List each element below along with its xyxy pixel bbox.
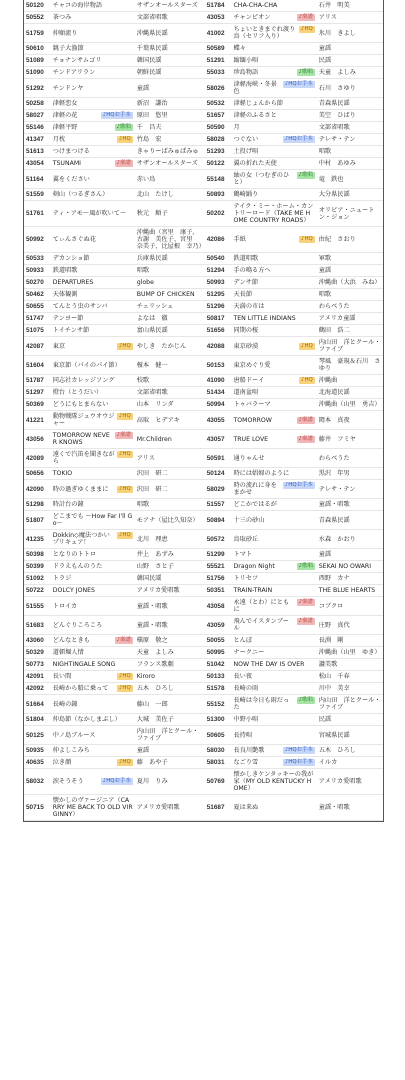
song-title: ♪HQお手本津軽の花 — [51, 110, 135, 122]
song-number-text: 58026 — [207, 85, 225, 92]
song-number-text: 51300 — [207, 716, 225, 723]
song-artist-text: やしき たかじん — [137, 343, 187, 350]
song-number: 50589 — [205, 43, 232, 55]
song-artist-text: きゃりーぱみゅぱみゅ — [137, 148, 199, 155]
song-title-text: 道南盆唄 — [233, 389, 314, 396]
song-title: トイチンサ節 — [51, 325, 135, 337]
song-number-text: 51784 — [207, 2, 225, 9]
song-title: 懐かしのヴァージニア（CARRY ME BACK TO OLD VIRGINNY… — [51, 795, 135, 821]
song-title-text: どこかではるが — [233, 501, 314, 508]
song-number: 50398 — [24, 549, 51, 561]
song-number: 50133 — [205, 671, 232, 683]
song-number: 51294 — [205, 265, 232, 277]
song-number: 58030 — [205, 745, 232, 757]
song-title-text: 通りゃんせ — [233, 455, 314, 462]
song-artist-text: 童謡・唱歌 — [319, 501, 350, 508]
song-title-text: ナークニー — [233, 649, 314, 656]
song-title-text: てんとう虫のサンバ — [53, 303, 133, 310]
song-number-text: 50351 — [207, 587, 225, 594]
song-title: どこまでも ～How Far I'll Go～ — [51, 511, 135, 530]
song-title: つけまつける — [51, 146, 135, 158]
song-title-text: 土投げ唄 — [233, 148, 314, 155]
song-artist-text: 沖縄曲（山里 ゆき） — [319, 649, 381, 656]
song-artist-text: 原田 悠里 — [137, 112, 168, 119]
song-number: 51787 — [24, 375, 51, 387]
table-row: 51297 燈台（とうだい） 文部省唱歌 51434 道南盆唄 北海道民謡 — [24, 387, 383, 399]
song-title: 鉄道唱歌 — [51, 265, 135, 277]
song-number-text: 50133 — [207, 673, 225, 680]
song-number: 51804 — [24, 714, 51, 726]
song-title-text: 天体観測 — [53, 291, 133, 298]
song-number: 51089 — [24, 55, 51, 67]
song-artist: 唱歌 — [135, 265, 205, 277]
song-artist: 沖縄県民謡 — [135, 24, 205, 43]
song-title-text: 津軽恋女 — [53, 100, 133, 107]
song-title-text: TEN LITTLE INDIANS — [233, 315, 314, 322]
song-artist: オリビア・ニュートン・ジョン — [317, 201, 383, 227]
song-artist: アメリカ愛唱歌 — [317, 769, 383, 795]
song-title: ♪HQ月枕 — [51, 134, 135, 146]
song-title-text: 翼をください — [53, 176, 133, 183]
song-artist-text: 竜 鉄也 — [319, 176, 344, 183]
song-artist: テレサ・テン — [317, 134, 383, 146]
table-row: 51298 時計台の鐘 唱歌 51557 どこかではるが 童謡・唱歌 — [24, 499, 383, 511]
hq-badge: ♪HQ — [117, 486, 133, 493]
song-title-text: トロイカ — [53, 603, 133, 610]
song-artist-text: 秋元 順子 — [137, 210, 168, 217]
song-artist: 川中 美幸 — [317, 683, 383, 695]
song-title-text: 手の鳴る方へ — [233, 267, 314, 274]
song-number-text: 50125 — [26, 732, 44, 739]
song-number-text: 50655 — [26, 303, 44, 310]
song-number: 51747 — [24, 313, 51, 325]
song-artist: 夏川 りみ — [135, 769, 205, 795]
song-artist-text: BUMP OF CHICKEN — [137, 291, 195, 298]
song-artist: わらべうた — [317, 449, 383, 468]
song-artist-text: 民謡 — [319, 57, 331, 64]
otehon-badge: ♪HQお手本 — [283, 482, 315, 489]
song-number-text: 43057 — [207, 436, 225, 443]
song-number: 58028 — [205, 134, 232, 146]
song-artist-text: 沢田 研二 — [137, 470, 168, 477]
song-artist-text: よなは 徹 — [137, 315, 168, 322]
song-artist: 長渕 剛 — [317, 635, 383, 647]
song-number: 41221 — [24, 411, 51, 430]
song-number: 50591 — [205, 449, 232, 468]
song-title: ♪楽譜チャンピオン — [231, 12, 316, 24]
song-number: 51604 — [24, 356, 51, 375]
song-number-text: 42088 — [207, 343, 225, 350]
song-artist: THE BLUE HEARTS — [317, 585, 383, 597]
song-number-text: 51297 — [26, 389, 44, 396]
song-title: 時には娼婦のように — [231, 468, 316, 480]
song-artist: 唱歌 — [135, 499, 205, 511]
song-number-text: 58030 — [207, 747, 225, 754]
song-artist: 童謡 — [135, 79, 205, 98]
table-row: 50935 仲よしこみち 童謡 58030 ♪HQお手本長良川艶歌 五木 ひろし — [24, 745, 383, 757]
song-artist-text: アメリカ愛唱歌 — [137, 804, 180, 811]
song-artist-text: 川中 美幸 — [319, 685, 350, 692]
song-artist: 内山田 洋とクール・ファイブ — [317, 695, 383, 714]
song-title: DOLCY JONES — [51, 585, 135, 597]
song-number: 51296 — [205, 301, 232, 313]
song-title-text: 仲島節（なかしまぶし） — [53, 716, 133, 723]
table-row: 41221 ♪HQ動物戦隊ジュウオウジャー 高取 ヒデアキ 43055 ♪楽譜T… — [24, 411, 383, 430]
song-number: 50369 — [24, 399, 51, 411]
song-title: 鉄道唱歌 — [231, 253, 316, 265]
table-row: 55146 ♪歌唱津軽平野 千 昌夫 50590 月 文部省唱歌 — [24, 122, 383, 134]
song-title: ♪楽譜飛んでイスタンブール — [231, 616, 316, 635]
table-row: 50533 デカンショ節 兵庫県民謡 50540 鉄道唱歌 軍歌 — [24, 253, 383, 265]
song-number-text: 50715 — [26, 804, 44, 811]
song-title: 天満の市は — [231, 301, 316, 313]
song-title-text: 鶴崎踊り — [233, 191, 314, 198]
song-title: 長持唄 — [231, 726, 316, 745]
song-artist: 由紀 さおり — [317, 227, 383, 253]
hq-badge: ♪HQ — [117, 532, 133, 539]
song-number: 51297 — [24, 387, 51, 399]
song-number: 51042 — [205, 659, 232, 671]
song-title: どこかではるが — [231, 499, 316, 511]
song-artist: 藤山 一郎 — [135, 695, 205, 714]
table-row: 50258 津軽恋女 新沼 謙治 50532 津軽じょんから節 青森県民謡 — [24, 98, 383, 110]
song-artist-text: わらべうた — [319, 455, 350, 462]
song-title-text: 剣山（つるぎさん） — [53, 191, 133, 198]
song-title: 津軽恋女 — [51, 98, 135, 110]
song-artist: 山野 さと子 — [135, 561, 205, 573]
song-artist-text: 文部省唱歌 — [319, 124, 350, 131]
song-title: ドラえもんのうた — [51, 561, 135, 573]
song-artist: アメリカ童謡 — [317, 313, 383, 325]
song-artist: 千 昌夫 — [135, 122, 205, 134]
song-artist: 宮城県民謡 — [317, 726, 383, 745]
song-number-text: 50540 — [207, 255, 225, 262]
song-title: 長崎の雨 — [231, 683, 316, 695]
song-artist-text: 童謡・唱歌 — [137, 603, 168, 610]
song-number: 50655 — [24, 301, 51, 313]
song-number: 51293 — [205, 146, 232, 158]
song-number-text: 50591 — [207, 455, 225, 462]
song-title: ♪HQちょいときまぐれ渡り鳥（セリフ入り） — [231, 24, 316, 43]
song-number-text: 55521 — [207, 563, 225, 570]
song-number: 51299 — [205, 549, 232, 561]
song-artist-text: アメリカ愛唱歌 — [137, 587, 180, 594]
song-artist: 童謡・唱歌 — [317, 795, 383, 821]
song-title: ♪楽譜TRUE LOVE — [231, 430, 316, 449]
song-title: TRAIN-TRAIN — [231, 585, 316, 597]
song-number: 50715 — [24, 795, 51, 821]
song-number-text: 50992 — [26, 236, 44, 243]
song-artist-text: 童謡 — [319, 267, 331, 274]
song-number: 42091 — [24, 671, 51, 683]
song-artist: 北川 理恵 — [135, 530, 205, 549]
song-title: どうにもとまらない — [51, 399, 135, 411]
song-number: 51291 — [205, 55, 232, 67]
song-number: 51756 — [205, 573, 232, 585]
song-number: 55521 — [205, 561, 232, 573]
song-number: 51656 — [205, 325, 232, 337]
song-number-text: 50773 — [26, 661, 44, 668]
song-title: 土投げ唄 — [231, 146, 316, 158]
song-artist: 大分県民謡 — [317, 189, 383, 201]
song-number-text: 41090 — [207, 377, 225, 384]
song-number-text: 51292 — [26, 85, 44, 92]
song-artist: globe — [135, 277, 205, 289]
song-number: 51578 — [205, 683, 232, 695]
song-title: ♪HQ東京砂漠 — [231, 337, 316, 356]
song-number-text: 50993 — [207, 279, 225, 286]
song-artist: 北山 たけし — [135, 189, 205, 201]
song-number-text: 51604 — [26, 362, 44, 369]
song-number-text: 55146 — [26, 124, 44, 131]
table-row: 50715 懐かしのヴァージニア（CARRY ME BACK TO OLD VI… — [24, 795, 383, 821]
song-number-text: 51787 — [26, 377, 44, 384]
song-title-text: どうにもとまらない — [53, 401, 133, 408]
song-title: 月 — [231, 122, 316, 134]
song-number-text: 51804 — [26, 716, 44, 723]
song-title: てんとう虫のサンバ — [51, 301, 135, 313]
song-number: 50258 — [24, 98, 51, 110]
song-title: ♪HQ手紙 — [231, 227, 316, 253]
song-number-text: 51293 — [207, 148, 225, 155]
song-number-text: 50589 — [207, 45, 225, 52]
song-title: ♪楽譜永遠（とわ）にともに — [231, 597, 316, 616]
song-artist-text: コブクロ — [319, 603, 344, 610]
song-artist: サザンオールスターズ — [135, 158, 205, 170]
song-title: 天体観測 — [51, 289, 135, 301]
song-artist: チェリッシュ — [135, 301, 205, 313]
song-title: チンドアリラン — [51, 67, 135, 79]
song-artist: 童謡・唱歌 — [317, 499, 383, 511]
table-row: 51747 テンヨー節 よなは 徹 50817 TEN LITTLE INDIA… — [24, 313, 383, 325]
song-title-text: デカンショ節 — [53, 255, 133, 262]
table-row: 51613 つけまつける きゃりーぱみゅぱみゅ 51293 土投げ唄 唱歌 — [24, 146, 383, 158]
song-number: 50994 — [205, 399, 232, 411]
song-artist: 民謡 — [317, 55, 383, 67]
song-number: 50773 — [24, 659, 51, 671]
song-number: 51075 — [24, 325, 51, 337]
song-number: 51090 — [24, 67, 51, 79]
song-number: 50270 — [24, 277, 51, 289]
table-row: 41235 ♪HQDokkin◇魔法つかいプリキュア！ 北川 理恵 50572 … — [24, 530, 383, 549]
table-row: 51089 チョナンサムゴリ 韓国民謡 51291 縮緬小唄 民謡 — [24, 55, 383, 67]
kashou-badge: ♪歌唱 — [297, 172, 315, 179]
song-number-text: 50270 — [26, 279, 44, 286]
song-artist-text: 西野 カナ — [319, 575, 350, 582]
song-artist-text: 井上 あずみ — [137, 551, 174, 558]
song-title: ナークニー — [231, 647, 316, 659]
table-row: 50992 てぃんさぐぬ花 沖縄曲（宮里 康子、古謝 美佐子、宮里 奈美子、比屋… — [24, 227, 383, 253]
song-number-text: 50533 — [26, 255, 44, 262]
song-artist: 榎本 健一 — [135, 356, 205, 375]
song-title-text: TOKIO — [53, 470, 133, 477]
song-title-text: 茶つみ — [53, 14, 133, 21]
song-artist: 青森県民謡 — [317, 511, 383, 530]
song-artist-text: 校歌 — [137, 377, 149, 384]
song-title-text: 十三の砂山 — [233, 517, 314, 524]
song-artist: サザンオールスターズ — [135, 0, 205, 12]
song-title-text: デンサ節 — [233, 279, 314, 286]
song-title: チョナンサムゴリ — [51, 55, 135, 67]
song-title: どんぐりころころ — [51, 616, 135, 635]
song-number: 42086 — [205, 227, 232, 253]
song-number-text: 50202 — [207, 210, 225, 217]
song-title-text: チンドアリラン — [53, 69, 133, 76]
song-artist-text: 沖縄県民謡 — [137, 30, 168, 37]
song-artist-text: 藤山 一郎 — [137, 701, 168, 708]
song-number: 51784 — [205, 0, 232, 12]
song-number-text: 51089 — [26, 57, 44, 64]
song-number-text: 43053 — [207, 14, 225, 21]
table-row: 51559 剣山（つるぎさん） 北山 たけし 50893 鶴崎踊り 大分県民謡 — [24, 189, 383, 201]
song-title: ♪HQ長崎から船に乗って — [51, 683, 135, 695]
song-number: 43056 — [24, 430, 51, 449]
song-artist: 沢田 研二 — [135, 480, 205, 499]
song-number-text: 51042 — [207, 661, 225, 668]
song-artist-text: 水森 かおり — [319, 536, 356, 543]
song-artist-text: 北川 理恵 — [137, 536, 168, 543]
song-title: ♪HQ時の過ぎゆくままに — [51, 480, 135, 499]
song-artist-text: 唱歌 — [319, 291, 331, 298]
song-title-text: 天満の市は — [233, 303, 314, 310]
table-row: 51759 仲順流り 沖縄県民謡 41002 ♪HQちょいときまぐれ渡り鳥（セリ… — [24, 24, 383, 43]
song-number: 50153 — [205, 356, 232, 375]
song-number-text: 42090 — [26, 486, 44, 493]
song-number-text: 51664 — [26, 701, 44, 708]
song-artist: 内山田 洋とクール・ファイブ — [135, 726, 205, 745]
song-artist: やしき たかじん — [135, 337, 205, 356]
song-title: チャコの海岸物語 — [51, 0, 135, 12]
song-title-text: ティ・アモ～風が吹いて～ — [53, 210, 133, 217]
song-number-text: 50258 — [26, 100, 44, 107]
song-artist: 童謡 — [317, 43, 383, 55]
song-artist: 西野 カナ — [317, 573, 383, 585]
song-number-text: 51434 — [207, 389, 225, 396]
song-artist: 五木 ひろし — [317, 745, 383, 757]
song-artist-text: 石川 さゆり — [319, 85, 356, 92]
song-title: ♪歌唱長崎は今日も雨だった — [231, 695, 316, 714]
song-title-text: どこまでも ～How Far I'll Go～ — [53, 513, 133, 527]
song-number: 55152 — [205, 695, 232, 714]
song-title-text: てぃんさぐぬ花 — [53, 236, 133, 243]
song-artist-text: 藤井 フミヤ — [319, 436, 356, 443]
song-number: 43059 — [205, 616, 232, 635]
song-number: 51092 — [24, 573, 51, 585]
song-title: 茶つみ — [51, 12, 135, 24]
song-number-text: 43055 — [207, 417, 225, 424]
song-artist: 童謡 — [317, 549, 383, 561]
song-number-text: 50120 — [26, 2, 44, 9]
song-title: ♪歌唱珍島物語 — [231, 67, 316, 79]
song-artist-text: 長渕 剛 — [319, 637, 344, 644]
song-number: 51298 — [24, 499, 51, 511]
song-number-text: 51090 — [26, 69, 44, 76]
song-artist: 童謡・唱歌 — [135, 616, 205, 635]
song-number: 50329 — [24, 647, 51, 659]
song-number: 55148 — [205, 170, 232, 189]
song-number: 41002 — [205, 24, 232, 43]
table-row: 51090 チンドアリラン 朝鮮民謡 55033 ♪歌唱珍島物語 天童 よしみ — [24, 67, 383, 79]
song-artist-text: Kiroro — [137, 673, 155, 680]
song-artist: 藤 あや子 — [135, 757, 205, 769]
song-artist-text: 韓国民謡 — [137, 575, 162, 582]
song-artist: 文部省唱歌 — [135, 387, 205, 399]
song-number: 50533 — [24, 253, 51, 265]
song-title-text: 懐かしきケンタッキーの我が家（MY OLD KENTUCKY HOME） — [233, 771, 314, 792]
song-title: 東京節（パイのパイ節） — [51, 356, 135, 375]
song-title: 縮緬小唄 — [231, 55, 316, 67]
song-number: 50125 — [24, 726, 51, 745]
table-row: 50125 中ノ島ブルース 内山田 洋とクール・ファイブ 50605 長持唄 宮… — [24, 726, 383, 745]
song-number: 51164 — [24, 170, 51, 189]
song-title-text: 長持唄 — [233, 732, 314, 739]
song-title: ♪歌唱津軽平野 — [51, 122, 135, 134]
song-title: NIGHTINGALE SONG — [51, 659, 135, 671]
table-row: 43054 ♪楽譜TSUNAMI サザンオールスターズ 50122 翼の折れた天… — [24, 158, 383, 170]
song-number: 50552 — [24, 12, 51, 24]
song-title-text: NIGHTINGALE SONG — [53, 661, 133, 668]
song-title: 燈台（とうだい） — [51, 387, 135, 399]
song-number-text: 50329 — [26, 649, 44, 656]
song-artist: BUMP OF CHICKEN — [135, 289, 205, 301]
song-artist: 天童 よしみ — [317, 67, 383, 79]
song-number: 58031 — [205, 757, 232, 769]
song-artist: 青森県民謡 — [317, 98, 383, 110]
song-artist-text: Mr.Children — [137, 436, 172, 443]
song-title-text: 津軽じょんから節 — [233, 100, 314, 107]
table-row: 42087 ♪HQ東京 やしき たかじん 42088 ♪HQ東京砂漠 内山田 洋… — [24, 337, 383, 356]
song-artist: 沖縄曲（宮里 康子、古謝 美佐子、宮里 奈美子、比屋根 幸乃） — [135, 227, 205, 253]
song-artist-text: 童謡 — [137, 85, 149, 92]
song-artist: 沖縄曲 — [317, 375, 383, 387]
table-row: 51804 仲島節（なかしまぶし） 大城 美佐子 51300 中野小唄 民謡 — [24, 714, 383, 726]
song-artist: 兵庫県民謡 — [135, 253, 205, 265]
song-number: 51761 — [24, 201, 51, 227]
song-artist-text: 大城 美佐子 — [137, 716, 174, 723]
song-artist: 水森 かおり — [317, 530, 383, 549]
song-number-text: 51291 — [207, 57, 225, 64]
song-number-text: 50055 — [207, 637, 225, 644]
song-number: 50993 — [205, 277, 232, 289]
song-number: 50399 — [24, 561, 51, 573]
song-number: 42092 — [24, 683, 51, 695]
song-title-text: テンヨー節 — [53, 315, 133, 322]
song-title-text: 夏は来ぬ — [233, 804, 314, 811]
song-number-text: 55033 — [207, 69, 225, 76]
song-artist: 鶴田 浩二 — [317, 325, 383, 337]
song-artist-text: 新沼 謙治 — [137, 100, 168, 107]
song-title: 道頓堀人情 — [51, 647, 135, 659]
song-title-text: 鳥取砂丘 — [233, 536, 314, 543]
song-number-text: 50124 — [207, 470, 225, 477]
song-artist-text: 美空 ひばり — [319, 112, 356, 119]
song-title: 中ノ島ブルース — [51, 726, 135, 745]
song-number-text: 51756 — [207, 575, 225, 582]
song-title: 同期の桜 — [231, 325, 316, 337]
song-number-text: 51656 — [207, 327, 225, 334]
song-number: 50656 — [24, 468, 51, 480]
song-artist: 藤井 フミヤ — [317, 430, 383, 449]
song-title-text: どんぐりころころ — [53, 622, 133, 629]
hq-badge: ♪HQ — [117, 673, 133, 680]
song-number: 50992 — [24, 227, 51, 253]
song-number: 42087 — [24, 337, 51, 356]
song-title: トラジ — [51, 573, 135, 585]
table-row: 41347 ♪HQ月枕 竹島 宏 58028 ♪HQお手本つぐない テレサ・テン — [24, 134, 383, 146]
song-number-text: 43059 — [207, 622, 225, 629]
gakufu-badge: ♪楽譜 — [297, 417, 315, 424]
gakufu-badge: ♪楽譜 — [115, 160, 133, 167]
